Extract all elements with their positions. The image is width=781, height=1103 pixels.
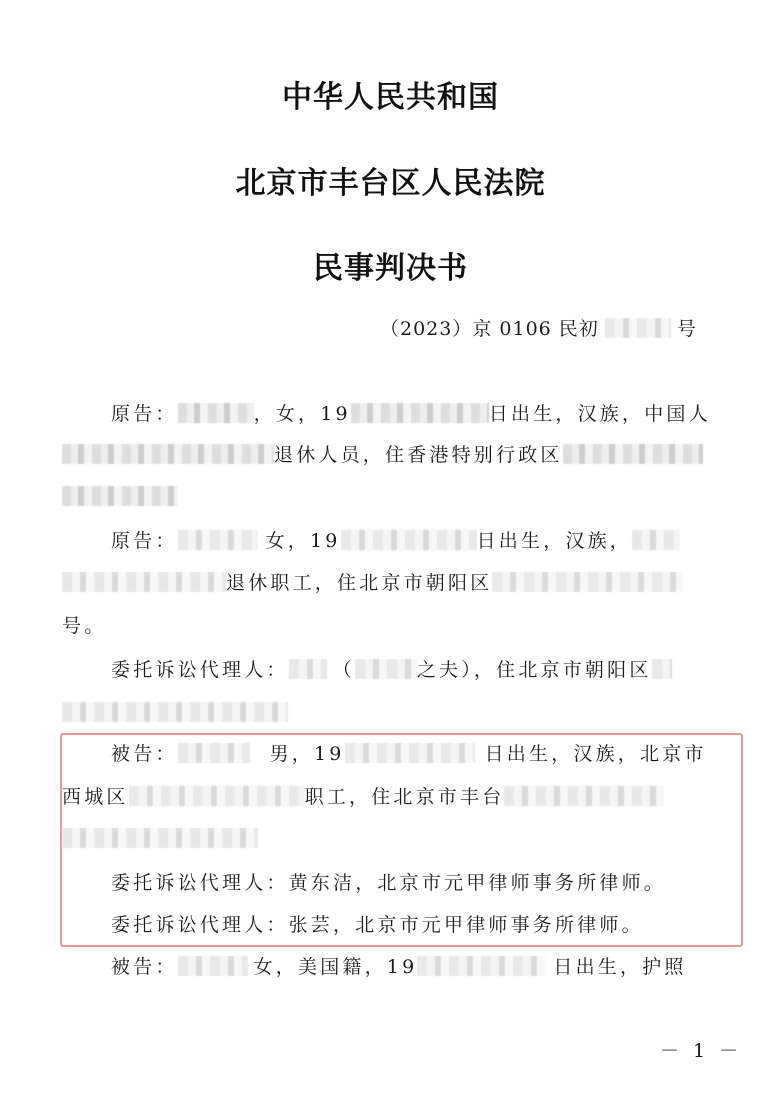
document-page: 中华人民共和国 北京市丰台区人民法院 民事判决书 （2023）京 0106 民初… bbox=[0, 0, 781, 1103]
agent-relation-residence: 之夫），住北京市朝阳区 bbox=[417, 659, 652, 681]
defendant-1-line-1: 被告：男，19日出生，汉族，北京市 bbox=[111, 742, 707, 766]
defendant-2-line-1: 被告：女，美国籍，19日出生，护照 bbox=[111, 955, 687, 979]
redacted-employer bbox=[129, 786, 305, 806]
redacted-name bbox=[178, 530, 258, 550]
party-birth-info: 日出生，汉族，北京市 bbox=[485, 743, 707, 765]
redacted-birthdate bbox=[345, 743, 475, 763]
plaintiff-1-line-1: 原告：，女，19日出生，汉族，中国人 bbox=[111, 402, 711, 426]
plaintiff-1-line-2: 退休人员，住香港特别行政区 bbox=[62, 443, 703, 467]
redacted-text bbox=[632, 530, 680, 550]
case-number-prefix: （2023）京 0106 民初 bbox=[380, 318, 599, 340]
redacted-birthdate bbox=[341, 530, 477, 550]
redacted-address bbox=[492, 572, 682, 592]
redacted-address bbox=[62, 702, 288, 722]
plaintiff-2-line-1: 原告：女，19日出生，汉族， bbox=[111, 529, 680, 553]
party-birth-info: 日出生，护照 bbox=[553, 956, 686, 978]
redacted-address bbox=[563, 444, 703, 464]
plaintiff-2-line-2: 退休职工，住北京市朝阳区 bbox=[62, 571, 682, 595]
redacted-name bbox=[355, 659, 417, 679]
party-gender: ，女，19 bbox=[254, 403, 351, 425]
plaintiff-agent-line-2 bbox=[62, 701, 288, 725]
defendant-1-line-3 bbox=[62, 827, 258, 851]
defendant-1-line-2: 西城区职工，住北京市丰台 bbox=[62, 785, 664, 809]
redacted-employer bbox=[62, 444, 274, 464]
party-role-label: 被告： bbox=[111, 743, 178, 765]
document-header-country: 中华人民共和国 bbox=[0, 72, 781, 116]
address-ending: 号。 bbox=[62, 615, 106, 637]
party-gender: 女，19 bbox=[266, 530, 341, 552]
case-number-suffix: 号 bbox=[677, 318, 697, 340]
redacted-name bbox=[178, 403, 254, 423]
document-header-type: 民事判决书 bbox=[0, 243, 781, 287]
party-birth-info: 日出生，汉族，中国人 bbox=[489, 403, 711, 425]
redacted-address bbox=[62, 486, 178, 506]
redacted-name bbox=[289, 659, 327, 679]
redacted-address bbox=[62, 828, 258, 848]
party-role-label: 原告： bbox=[111, 403, 178, 425]
party-residence: 退休职工，住北京市朝阳区 bbox=[226, 572, 492, 594]
plaintiff-1-line-3 bbox=[62, 485, 178, 509]
document-header-court: 北京市丰台区人民法院 bbox=[0, 158, 781, 202]
page-number: － 1 － bbox=[660, 1036, 742, 1063]
defendant-1-agent-1: 委托诉讼代理人：黄东洁，北京市元甲律师事务所律师。 bbox=[111, 871, 666, 895]
party-role-label: 被告： bbox=[111, 956, 178, 978]
paren-open: （ bbox=[333, 659, 355, 681]
case-number: （2023）京 0106 民初号 bbox=[380, 314, 697, 341]
plaintiff-2-line-3: 号。 bbox=[62, 614, 106, 638]
party-residence: 职工，住北京市丰台 bbox=[305, 786, 505, 808]
defendant-1-agent-2: 委托诉讼代理人：张芸，北京市元甲律师事务所律师。 bbox=[111, 913, 644, 937]
party-birth-info: 日出生，汉族， bbox=[477, 530, 632, 552]
redacted-name bbox=[178, 956, 248, 976]
redacted-case-number bbox=[605, 318, 671, 338]
redacted-name bbox=[178, 743, 250, 763]
district-text: 西城区 bbox=[62, 786, 129, 808]
redacted-address bbox=[504, 786, 664, 806]
party-gender: 女，美国籍，19 bbox=[254, 956, 418, 978]
redacted-employer bbox=[62, 572, 226, 592]
redacted-address bbox=[652, 659, 672, 679]
agent-label: 委托诉讼代理人： bbox=[111, 659, 289, 681]
redacted-birthdate bbox=[351, 403, 489, 423]
redacted-birthdate bbox=[417, 956, 545, 976]
party-role-label: 原告： bbox=[111, 530, 178, 552]
plaintiff-agent-line-1: 委托诉讼代理人：（之夫），住北京市朝阳区 bbox=[111, 658, 672, 682]
party-residence: 退休人员，住香港特别行政区 bbox=[274, 444, 563, 466]
party-gender: 男，19 bbox=[270, 743, 345, 765]
